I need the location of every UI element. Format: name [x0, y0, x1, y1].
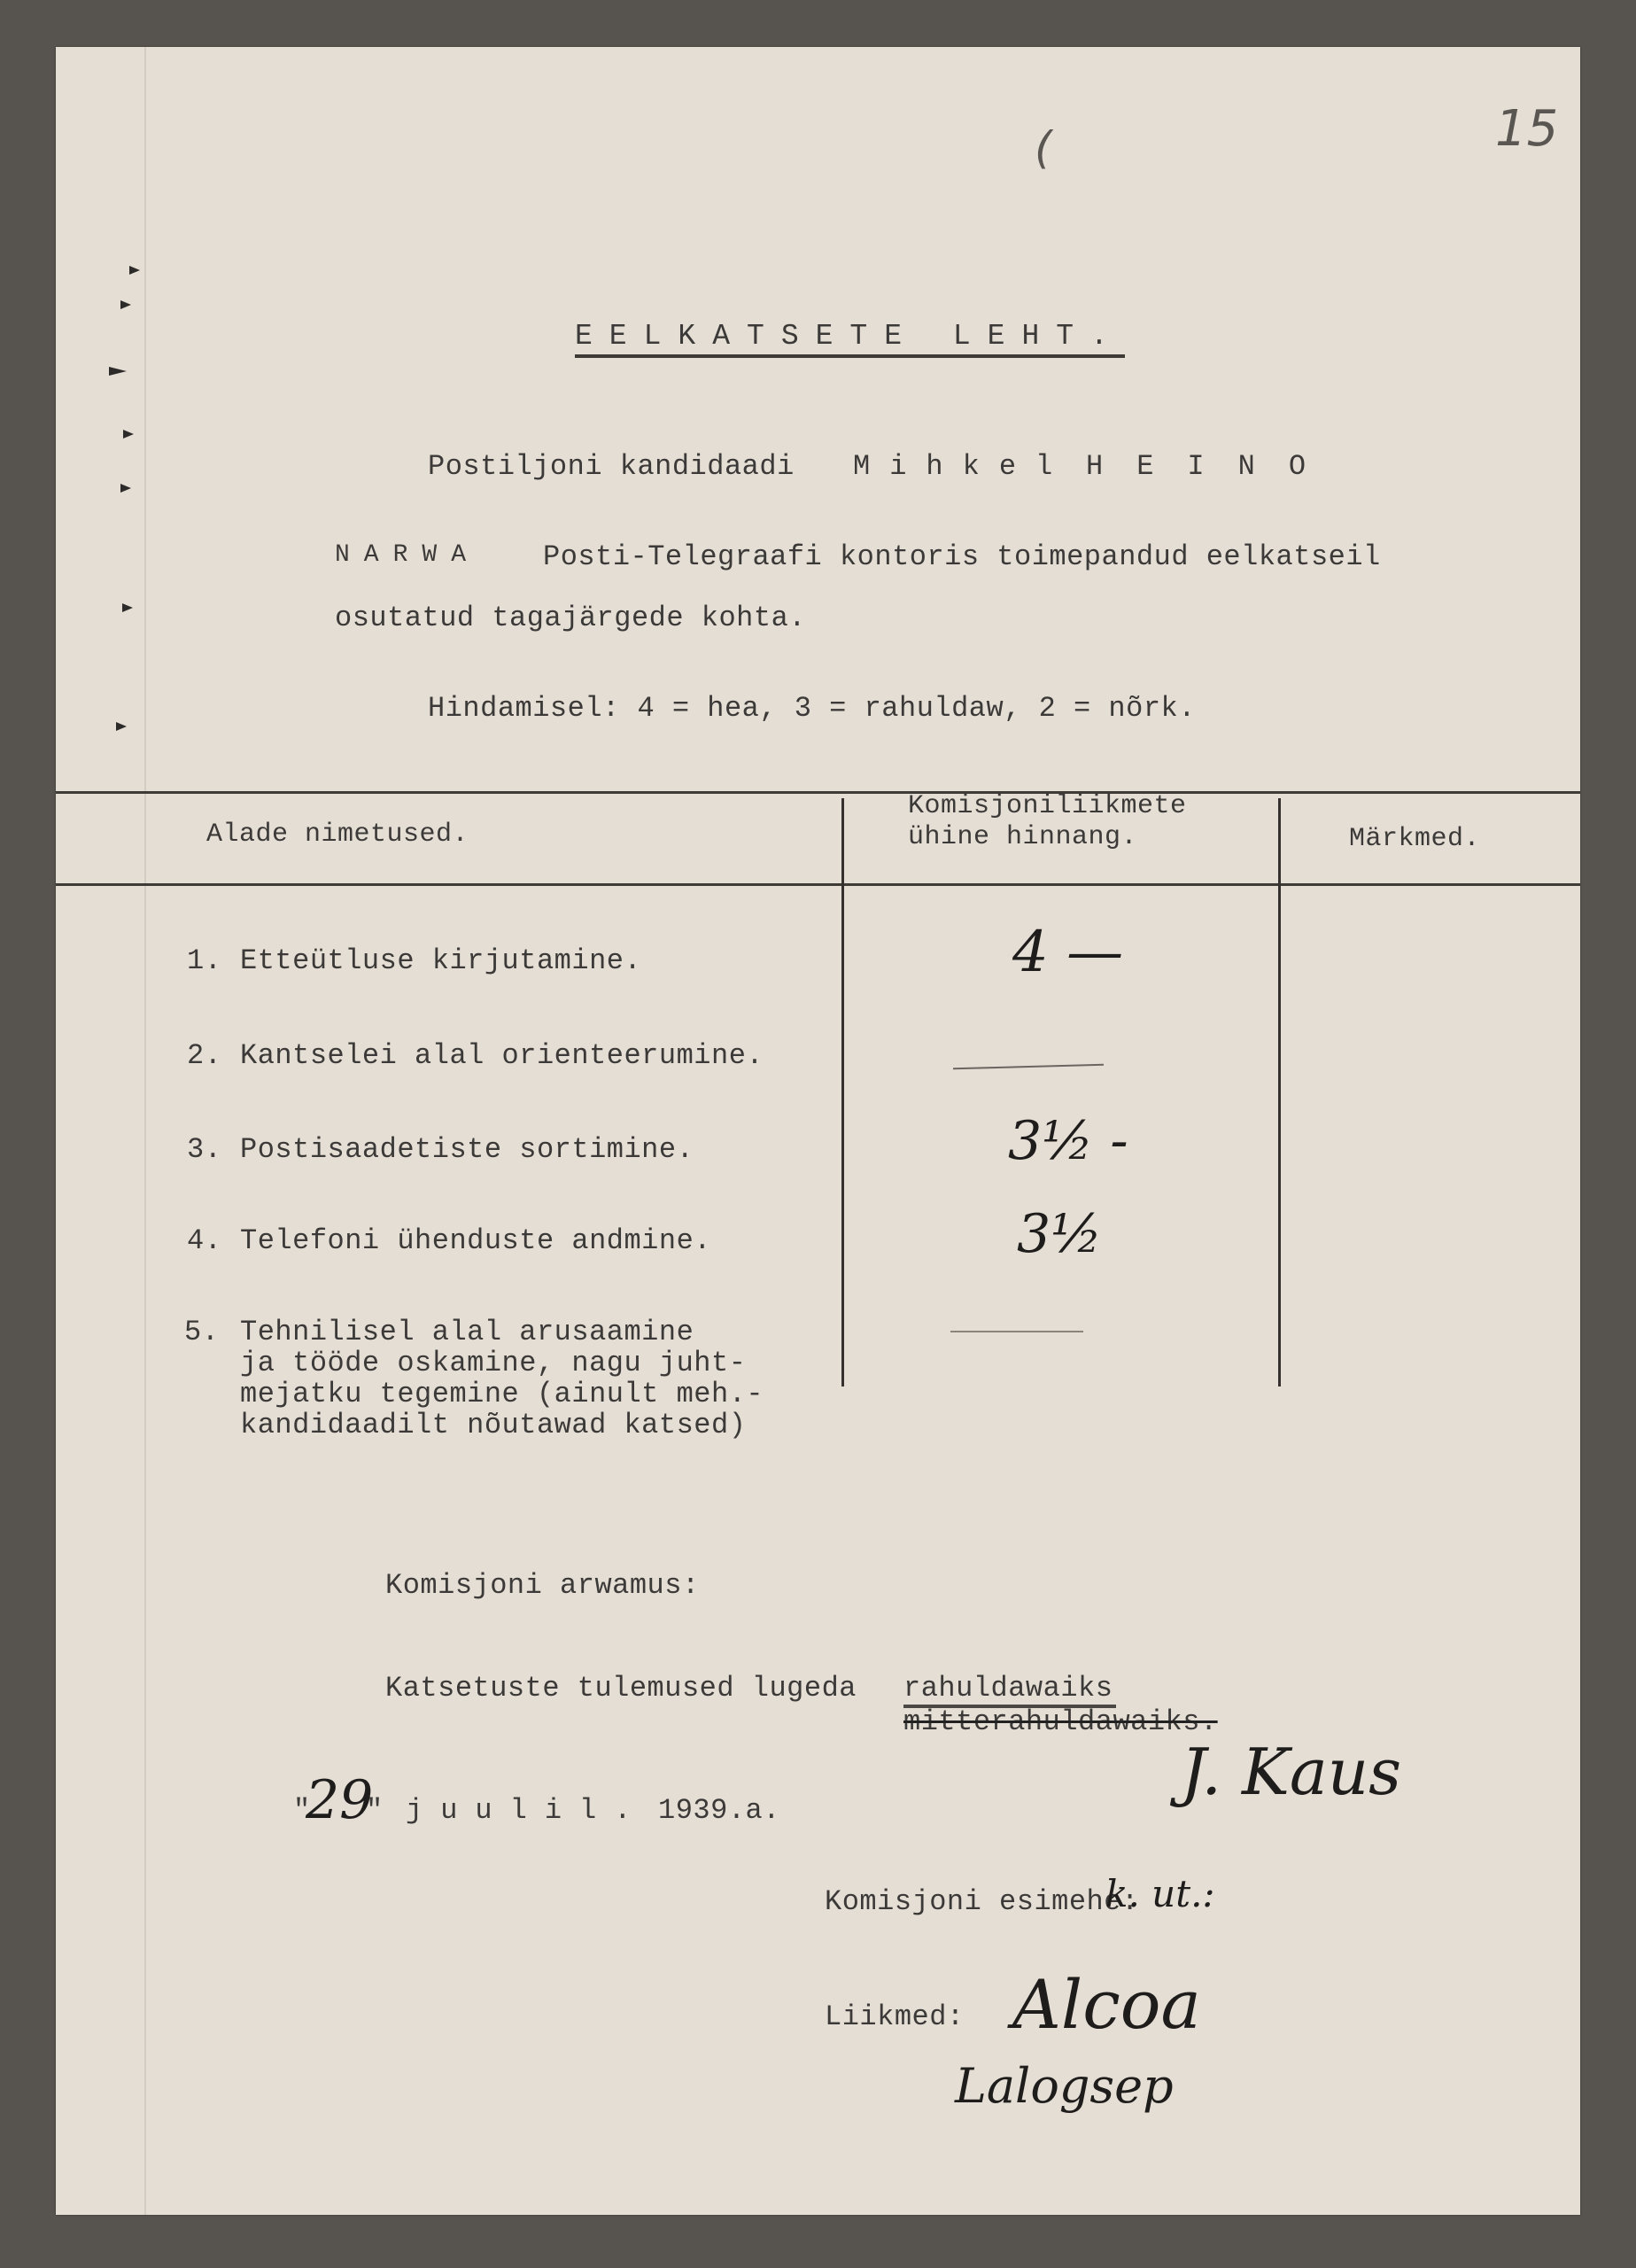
row-grade-dash [953, 1064, 1104, 1069]
chair-annotation: k. ut.: [1105, 1872, 1215, 1915]
office-continuation: osutatud tagajärgede kohta. [335, 602, 806, 634]
document-page: 15 ( EELKATSETE LEHT. Postiljoni kandida… [56, 47, 1580, 2215]
date-year: 1939.a. [658, 1794, 780, 1827]
margin-mark [129, 266, 140, 275]
row-grade-dash [950, 1331, 1083, 1332]
margin-mark [123, 430, 134, 439]
row-subject-line: mejatku tegemine (ainult meh.- [240, 1378, 764, 1410]
opinion-struck: mitterahuldawaiks. [903, 1705, 1218, 1738]
row-subject-line: Tehnilisel alal arusaamine [240, 1316, 694, 1348]
row-number: 5. [184, 1316, 219, 1348]
row-number: 4. [187, 1224, 221, 1257]
table-column-divider [1278, 798, 1281, 1386]
row-number: 1. [187, 944, 221, 977]
header-notes: Märkmed. [1349, 824, 1480, 854]
opinion-sentence: Katsetuste tulemused lugeda [385, 1672, 857, 1705]
office-text: Posti-Telegraafi kontoris toimepandud ee… [543, 540, 1381, 573]
date-close-quote: " [366, 1794, 384, 1827]
row-subject: Postisaadetiste sortimine. [240, 1133, 694, 1166]
fold-crease [144, 47, 146, 2215]
row-subject-line: ja tööde oskamine, nagu juht- [240, 1347, 746, 1379]
margin-mark [120, 300, 131, 309]
candidate-last-name: HEINO [1086, 450, 1339, 483]
grading-scale: Hindamisel: 4 = hea, 3 = rahuldaw, 2 = n… [428, 692, 1196, 725]
date-day: 29 [306, 1769, 373, 1831]
margin-mark [120, 484, 131, 493]
opinion-label: Komisjoni arwamus: [385, 1569, 700, 1602]
row-subject-line: kandidaadilt nõutawad katsed) [240, 1409, 746, 1441]
row-subject: Kantselei alal orienteerumine. [240, 1039, 764, 1072]
row-subject: Etteütluse kirjutamine. [240, 944, 641, 977]
table-header-border [56, 883, 1580, 886]
candidate-prefix: Postiljoni kandidaadi [428, 450, 795, 483]
office-city: NARWA [335, 541, 480, 569]
header-subjects: Alade nimetused. [206, 819, 469, 850]
member-signature-1: Alcoa [1012, 1965, 1201, 2044]
table-top-border [56, 791, 1580, 794]
row-number: 2. [187, 1039, 221, 1072]
row-grade: 3½ [1017, 1203, 1102, 1265]
date-month: juulil. [406, 1794, 648, 1827]
pencil-mark: ( [1035, 122, 1052, 174]
chair-label: Komisjoni esimehe: [825, 1885, 1139, 1918]
table-column-divider [841, 798, 844, 1386]
page-number: 15 [1495, 100, 1558, 158]
row-subject: Telefoni ühenduste andmine. [240, 1224, 711, 1257]
margin-mark [116, 722, 127, 731]
chair-signature: J. Kaus [1181, 1735, 1401, 1809]
header-grade-line2: ühine hinnang. [908, 822, 1137, 852]
header-grade-line1: Komisjoniliikmete [908, 791, 1187, 821]
margin-mark [109, 367, 127, 376]
member-signature-2: Lalogsep [955, 2058, 1174, 2114]
opinion-selected: rahuldawaiks [903, 1672, 1116, 1708]
row-number: 3. [187, 1133, 221, 1166]
row-grade: 3½ - [1008, 1110, 1128, 1172]
members-label: Liikmed: [825, 2000, 965, 2033]
margin-mark [122, 603, 133, 612]
document-title: EELKATSETE LEHT. [575, 320, 1125, 358]
row-grade: 4 — [1012, 920, 1123, 985]
candidate-first-name: Mihkel [853, 450, 1072, 483]
